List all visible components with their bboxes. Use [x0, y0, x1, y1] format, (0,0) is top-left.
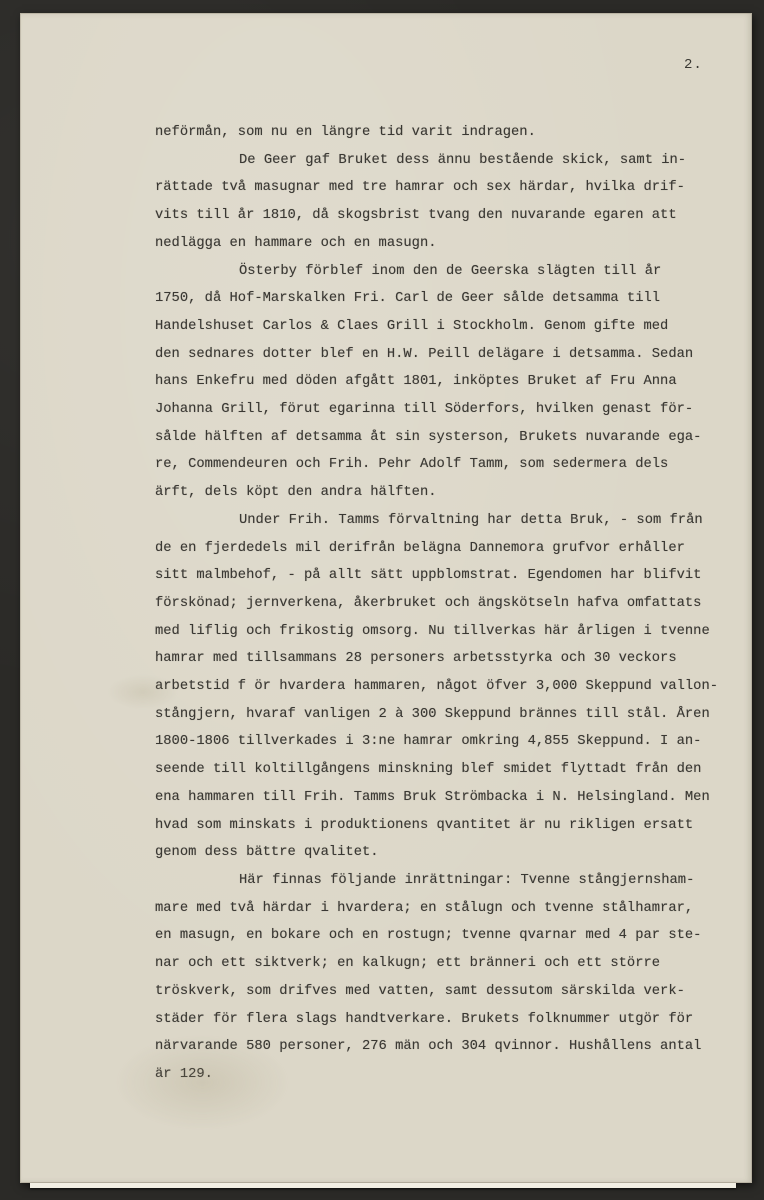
underlying-sheet-edge: [30, 1183, 736, 1188]
scanned-document-screenshot: { "page": { "number": "2." }, "document"…: [0, 0, 764, 1200]
document-page: 2. neförmån, som nu en längre tid varit …: [20, 13, 752, 1183]
paragraph: Under Frih. Tamms förvaltning har detta …: [155, 507, 740, 867]
scan-background: 2. neförmån, som nu en längre tid varit …: [0, 0, 764, 1200]
ink-bleed-smudge: [108, 675, 178, 709]
paragraph: Österby förblef inom den de Geerska släg…: [155, 258, 740, 507]
paragraph-continuation: neförmån, som nu en längre tid varit ind…: [155, 119, 740, 147]
ink-bleed-smudge: [115, 1035, 290, 1130]
page-number: 2.: [684, 57, 703, 73]
document-text-block: neförmån, som nu en längre tid varit ind…: [155, 119, 740, 1089]
paragraph: De Geer gaf Bruket dess ännu bestående s…: [155, 147, 740, 258]
